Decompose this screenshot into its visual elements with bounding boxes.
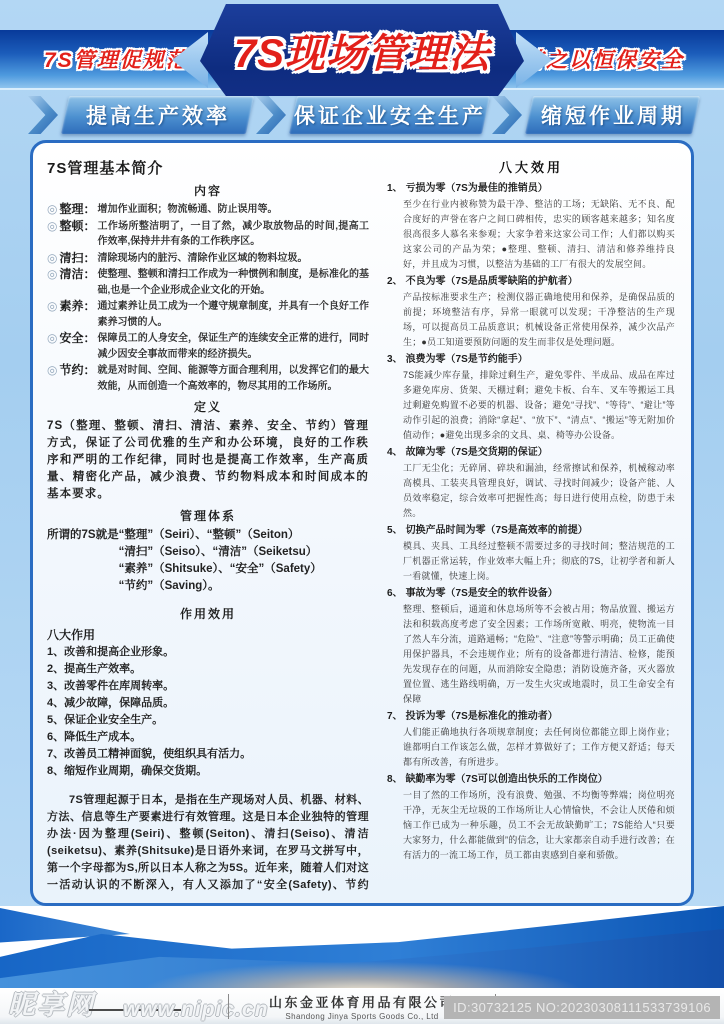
chevron-right-icon xyxy=(28,96,58,134)
left-column: 7S管理基本简介 内容 ◎ 整理： 增加作业面积；物流畅通、防止误用等。 ◎ 整… xyxy=(47,155,369,895)
chevron-right-icon xyxy=(492,96,522,134)
effect-heading: 故障为零（7S是交货期的保证） xyxy=(406,445,548,461)
bullet-circle-icon: ◎ xyxy=(47,331,57,362)
effect-heading: 不良为零（7S是品质零缺陷的护航者） xyxy=(406,274,578,290)
usage-line: 2、提高生产效率。 xyxy=(47,661,369,678)
effect-item: 8、缺勤率为零（7S可以创造出快乐的工作岗位） 一目了然的工作场所，没有浪费、勉… xyxy=(387,772,675,863)
content-item-text: 就是对时间、空间、能源等方面合理利用，以发挥它们的最大效能，从而创造一个高效率的… xyxy=(98,363,370,394)
usage-line: 6、降低生产成本。 xyxy=(47,729,369,746)
effect-item: 3、浪费为零（7S是节约能手） 7S能减少库存量，排除过剩生产，避免零件、半成品… xyxy=(387,352,675,443)
content-item: ◎ 素养： 通过素养让员工成为一个遵守规章制度，并具有一个良好工作素养习惯的人。 xyxy=(47,299,369,330)
effect-number: 5、 xyxy=(387,523,403,539)
effect-heading: 浪费为零（7S是节约能手） xyxy=(406,352,528,368)
banner-button-label: 保证企业安全生产 xyxy=(294,100,486,130)
left-column-title: 7S管理基本简介 xyxy=(47,157,369,178)
bullet-circle-icon: ◎ xyxy=(47,267,57,298)
effect-number: 3、 xyxy=(387,352,403,368)
system-line: “清扫”（Seiso）、“清洁”（Seiketsu） xyxy=(119,544,322,561)
bullet-circle-icon: ◎ xyxy=(47,363,57,394)
effect-number: 4、 xyxy=(387,445,403,461)
effect-item: 2、不良为零（7S是品质零缺陷的护航者） 产品按标准要求生产；检测仪器正确地使用… xyxy=(387,274,675,350)
poster: 7S管理促规范 持之以恒保安全 7S现场管理法 提高生产效率 保证企业安全生产 … xyxy=(0,0,724,1024)
effect-heading: 投诉为零（7S是标准化的推动者） xyxy=(406,709,558,725)
content-item: ◎ 安全： 保障员工的人身安全，保证生产的连续安全正常的进行，同时减少因安全事故… xyxy=(47,331,369,362)
company-name-cn: 山东金亚体育用品有限公司 xyxy=(269,992,455,1011)
system-line: “节约”（Saving）。 xyxy=(119,578,322,595)
banner-button-efficiency: 提高生产效率 xyxy=(28,96,250,134)
effect-body: 产品按标准要求生产；检测仪器正确地使用和保养，是确保品质的前提；环境整洁有序，异… xyxy=(403,290,675,350)
effect-number: 2、 xyxy=(387,274,403,290)
usage-line: 3、改善零件在库周转率。 xyxy=(47,678,369,695)
content-item-text: 增加作业面积；物流畅通、防止误用等。 xyxy=(98,202,370,218)
system-line: “整理”（Seiri）、“整顿”（Seiton） xyxy=(119,527,322,544)
content-item-text: 保障员工的人身安全，保证生产的连续安全正常的进行，同时减少因安全事故而带来的经济… xyxy=(98,331,370,362)
content-item-label: 素养： xyxy=(59,299,95,330)
effect-body: 整理、整顿后，通道和休息场所等不会被占用；物品放置、搬运方法和积载高度考虑了安全… xyxy=(403,602,675,707)
origin-paragraph: 7S管理起源于日本，是指在生产现场对人员、机器、材料、方法、信息等生产要素进行有… xyxy=(47,792,369,895)
poster-title: 7S现场管理法 xyxy=(234,22,490,79)
content-item: ◎ 清扫： 清除现场内的脏污、清除作业区域的物料垃圾。 xyxy=(47,251,369,267)
image-id-badge: ID:30732125 NO:20230308111533739106 xyxy=(444,996,720,1019)
effect-item: 4、故障为零（7S是交货期的保证） 工厂无尘化；无碎屑、碎块和漏油，经常擦试和保… xyxy=(387,445,675,521)
definition-text: 7S（整理、整顿、清扫、清洁、素养、安全、节约）管理方式，保证了公司优雅的生产和… xyxy=(47,418,369,503)
usage-line: 5、保证企业安全生产。 xyxy=(47,712,369,729)
right-column-title: 八大效用 xyxy=(387,157,675,176)
system-line: “素养”（Shitsuke）、“安全”（Safety） xyxy=(119,561,322,578)
banner-button-label: 缩短作业周期 xyxy=(541,100,685,130)
content-heading: 内容 xyxy=(47,182,369,199)
effect-body: 模具、夹具、工具经过整顿不需要过多的寻找时间；整洁规范的工厂机器正常运转，作业效… xyxy=(403,539,675,584)
bullet-circle-icon: ◎ xyxy=(47,202,57,218)
watermark-site-name: 昵享网 xyxy=(8,983,95,1022)
bullet-circle-icon: ◎ xyxy=(47,299,57,330)
banner-button-safety: 保证企业安全生产 xyxy=(256,96,486,134)
title-banner: 7S现场管理法 xyxy=(200,4,524,96)
banner-button-cycle: 缩短作业周期 xyxy=(492,96,696,134)
system-heading: 管理体系 xyxy=(47,507,369,524)
footer-bar: 昵享网 www.nipic.cn 山东金亚体育用品有限公司 Shandong J… xyxy=(0,988,724,1024)
content-item-label: 节约： xyxy=(59,363,95,394)
effect-body: 至少在行业内被称赞为最干净、整洁的工场；无缺陷、无不良、配合度好的声誉在客户之间… xyxy=(403,197,675,272)
content-panel: 7S管理基本简介 内容 ◎ 整理： 增加作业面积；物流畅通、防止误用等。 ◎ 整… xyxy=(30,140,694,906)
banner-button-label: 提高生产效率 xyxy=(86,100,230,130)
effect-number: 7、 xyxy=(387,709,403,725)
bullet-circle-icon: ◎ xyxy=(47,219,57,250)
effect-body: 一目了然的工作场所，没有浪费、勉强、不均衡等弊端；岗位明亮干净，无灰尘无垃圾的工… xyxy=(403,788,675,863)
usage-subheading: 八大作用 xyxy=(47,626,369,643)
bottom-wave-decoration xyxy=(0,906,724,988)
usage-line: 1、改善和提高企业形象。 xyxy=(47,644,369,661)
content-item: ◎ 整理： 增加作业面积；物流畅通、防止误用等。 xyxy=(47,202,369,218)
right-column: 八大效用 1、亏损为零（7S为最佳的推销员） 至少在行业内被称赞为最干净、整洁的… xyxy=(387,155,675,895)
system-block: 所谓的7S就是 “整理”（Seiri）、“整顿”（Seiton） “清扫”（Se… xyxy=(47,527,369,595)
chevron-right-icon xyxy=(256,96,286,134)
content-item: ◎ 节约： 就是对时间、空间、能源等方面合理利用，以发挥它们的最大效能，从而创造… xyxy=(47,363,369,394)
definition-heading: 定义 xyxy=(47,398,369,415)
content-item-label: 清洁： xyxy=(59,267,95,298)
header-left-slogan: 7S管理促规范 xyxy=(44,44,189,74)
effect-item: 6、事故为零（7S是安全的软件设备） 整理、整顿后，通道和休息场所等不会被占用；… xyxy=(387,586,675,707)
usage-line: 7、改善员工精神面貌，使组织具有活力。 xyxy=(47,746,369,763)
divider xyxy=(228,994,229,1019)
effect-heading: 亏损为零（7S为最佳的推销员） xyxy=(406,181,548,197)
content-item-label: 整理： xyxy=(59,202,95,218)
usage-line: 8、缩短作业周期，确保交货期。 xyxy=(47,763,369,780)
effect-number: 6、 xyxy=(387,586,403,602)
company-name-en: Shandong Jinya Sports Goods Co., Ltd xyxy=(269,1012,455,1021)
content-item-label: 清扫： xyxy=(59,251,95,267)
system-lines: “整理”（Seiri）、“整顿”（Seiton） “清扫”（Seiso）、“清洁… xyxy=(119,527,322,595)
effect-heading: 切换产品时间为零（7S是高效率的前提） xyxy=(406,523,588,539)
effect-body: 人们能正确地执行各项规章制度；去任何岗位都能立即上岗作业；谁都明白工作该怎么做，… xyxy=(403,725,675,770)
effect-item: 5、切换产品时间为零（7S是高效率的前提） 模具、夹具、工具经过整顿不需要过多的… xyxy=(387,523,675,584)
content-item: ◎ 整顿： 工作场所整洁明了，一目了然，减少取放物品的时间,提高工作效率,保持井… xyxy=(47,219,369,250)
effect-body: 工厂无尘化；无碎屑、碎块和漏油，经常擦试和保养，机械稼动率高模具、工装夹具管理良… xyxy=(403,461,675,521)
effect-number: 1、 xyxy=(387,181,403,197)
content-item: ◎ 清洁： 使整理、整顿和清扫工作成为一种惯例和制度，是标准化的基础,也是一个企… xyxy=(47,267,369,298)
content-item-label: 整顿： xyxy=(59,219,95,250)
content-item-text: 通过素养让员工成为一个遵守规章制度，并具有一个良好工作素养习惯的人。 xyxy=(98,299,370,330)
effect-number: 8、 xyxy=(387,772,403,788)
content-item-text: 清除现场内的脏污、清除作业区域的物料垃圾。 xyxy=(98,251,370,267)
effect-body: 7S能减少库存量，排除过剩生产，避免零件、半成品、成品在库过多避免库房、货架、天… xyxy=(403,368,675,443)
effect-heading: 事故为零（7S是安全的软件设备） xyxy=(406,586,558,602)
effect-heading: 缺勤率为零（7S可以创造出快乐的工作岗位） xyxy=(406,772,608,788)
content-item-label: 安全： xyxy=(59,331,95,362)
content-item-text: 使整理、整顿和清扫工作成为一种惯例和制度，是标准化的基础,也是一个企业形成企业文… xyxy=(98,267,370,298)
system-intro: 所谓的7S就是 xyxy=(47,527,119,595)
usage-heading: 作用效用 xyxy=(47,605,369,622)
content-item-text: 工作场所整洁明了，一目了然，减少取放物品的时间,提高工作效率,保持井井有条的工作… xyxy=(98,219,370,250)
effect-item: 7、投诉为零（7S是标准化的推动者） 人们能正确地执行各项规章制度；去任何岗位都… xyxy=(387,709,675,770)
bullet-circle-icon: ◎ xyxy=(47,251,57,267)
usage-line: 4、减少故障，保障品质。 xyxy=(47,695,369,712)
effect-item: 1、亏损为零（7S为最佳的推销员） 至少在行业内被称赞为最干净、整洁的工场；无缺… xyxy=(387,181,675,272)
